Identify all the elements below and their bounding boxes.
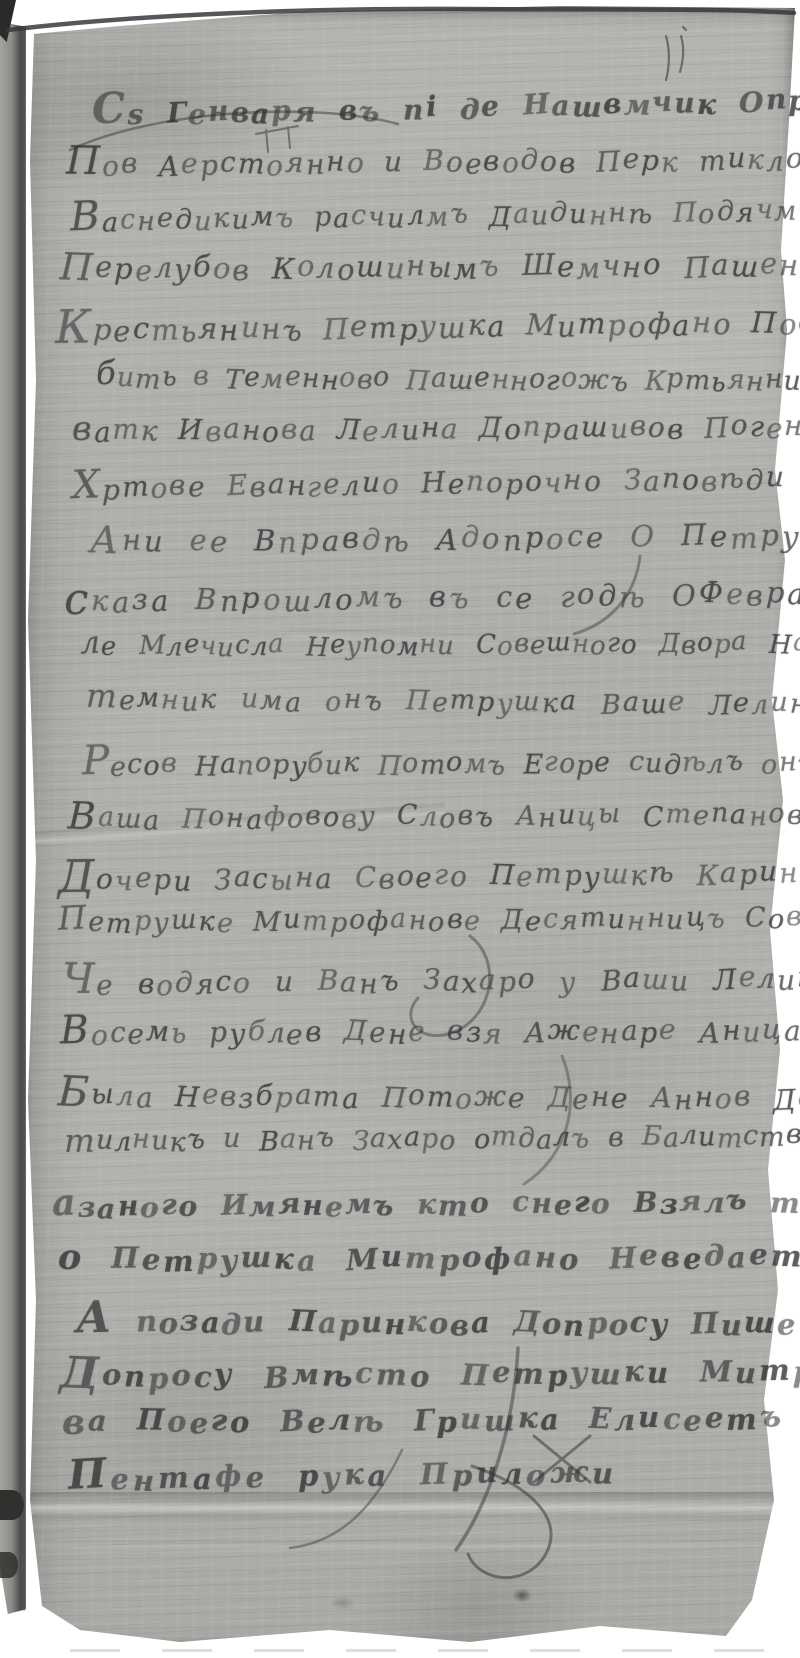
manuscript-line: Васнедикимъ расчилмъ Даидиннѣ Подячмъ bbox=[70, 182, 800, 240]
manuscript-line: темник има онъ Петрушка Ваше Лелина bbox=[86, 678, 800, 721]
manuscript-line: Че водясо и Ванъ Захаро у Ваши Лелина bbox=[62, 948, 800, 1004]
manuscript-line: Допросу Вмѣсто Петрушки Митрофано bbox=[60, 1341, 800, 1398]
manuscript-line: Крестьянинъ Петрушка Митрофано Посело bbox=[55, 289, 800, 352]
manuscript-line: Ани ее Вправдѣ Адопросе О Петрушка bbox=[90, 510, 800, 561]
handwritten-text-layer: Сѕ Генваря въ пі де Нашвмчик ОприказноПо… bbox=[0, 0, 800, 1658]
manuscript-line: ватк Иванова Лелина Допрашивов Погенс bbox=[72, 405, 800, 449]
manuscript-line: тилникъ и Ванъ Захаро отдалъ в Балитство bbox=[64, 1115, 800, 1158]
manuscript-line: бить в Теменново Пашенногожъ Кртьяннин bbox=[96, 356, 800, 398]
manuscript-line: Ресов Напорубик Потомъ Егоре сидѣлъ онъ bbox=[82, 733, 800, 784]
scanned-manuscript-page: Сѕ Генваря въ пі де Нашвмчик ОприказноПо… bbox=[0, 0, 800, 1658]
manuscript-line: Пов Аерстоянно и Воеводов Перк тикломъ bbox=[66, 133, 800, 185]
manuscript-line: Пентафе рука Приложи bbox=[68, 1444, 617, 1500]
manuscript-line: ле Млечисла Неупомни Совешного Двора На bbox=[80, 623, 800, 663]
manuscript-line: о Петрушка Митрофано Неведаетъ bbox=[58, 1234, 800, 1279]
manuscript-line: Ваша Понафовову Словъ Аницы Степановѣ bbox=[68, 788, 800, 837]
manuscript-line: ва Поего Велѣ Гришка Елисеетъ bbox=[62, 1396, 784, 1441]
manuscript-line: сказа Впрошломъ въ се годѣ ОФевра bbox=[64, 564, 800, 623]
manuscript-line: Перелубов Колошинымъ Шемчно Пашено bbox=[60, 240, 800, 288]
manuscript-line: Дочери Засына Своего Петрушкѣ Каринеев bbox=[58, 840, 800, 901]
manuscript-line: Хртове Евангелио Непорочно Заповѣди bbox=[72, 453, 786, 508]
manuscript-line: азаного Имянемъ кто снего Взялъ того bbox=[52, 1176, 800, 1226]
manuscript-line: Восемь рублев Дене взя Аженаре Аница bbox=[60, 1005, 800, 1053]
manuscript-line: Петрушке Митрофанове Десятинницъ Совено bbox=[58, 897, 800, 939]
manuscript-line: А позади Паринкова Допросу Пише Ксемц bbox=[76, 1292, 800, 1346]
manuscript-line: Была Невзбрата Потоже Дене Аннов Дес bbox=[58, 1066, 800, 1118]
manuscript-line: Сѕ Генваря въ пі де Нашвмчик Оприказно bbox=[91, 68, 800, 135]
